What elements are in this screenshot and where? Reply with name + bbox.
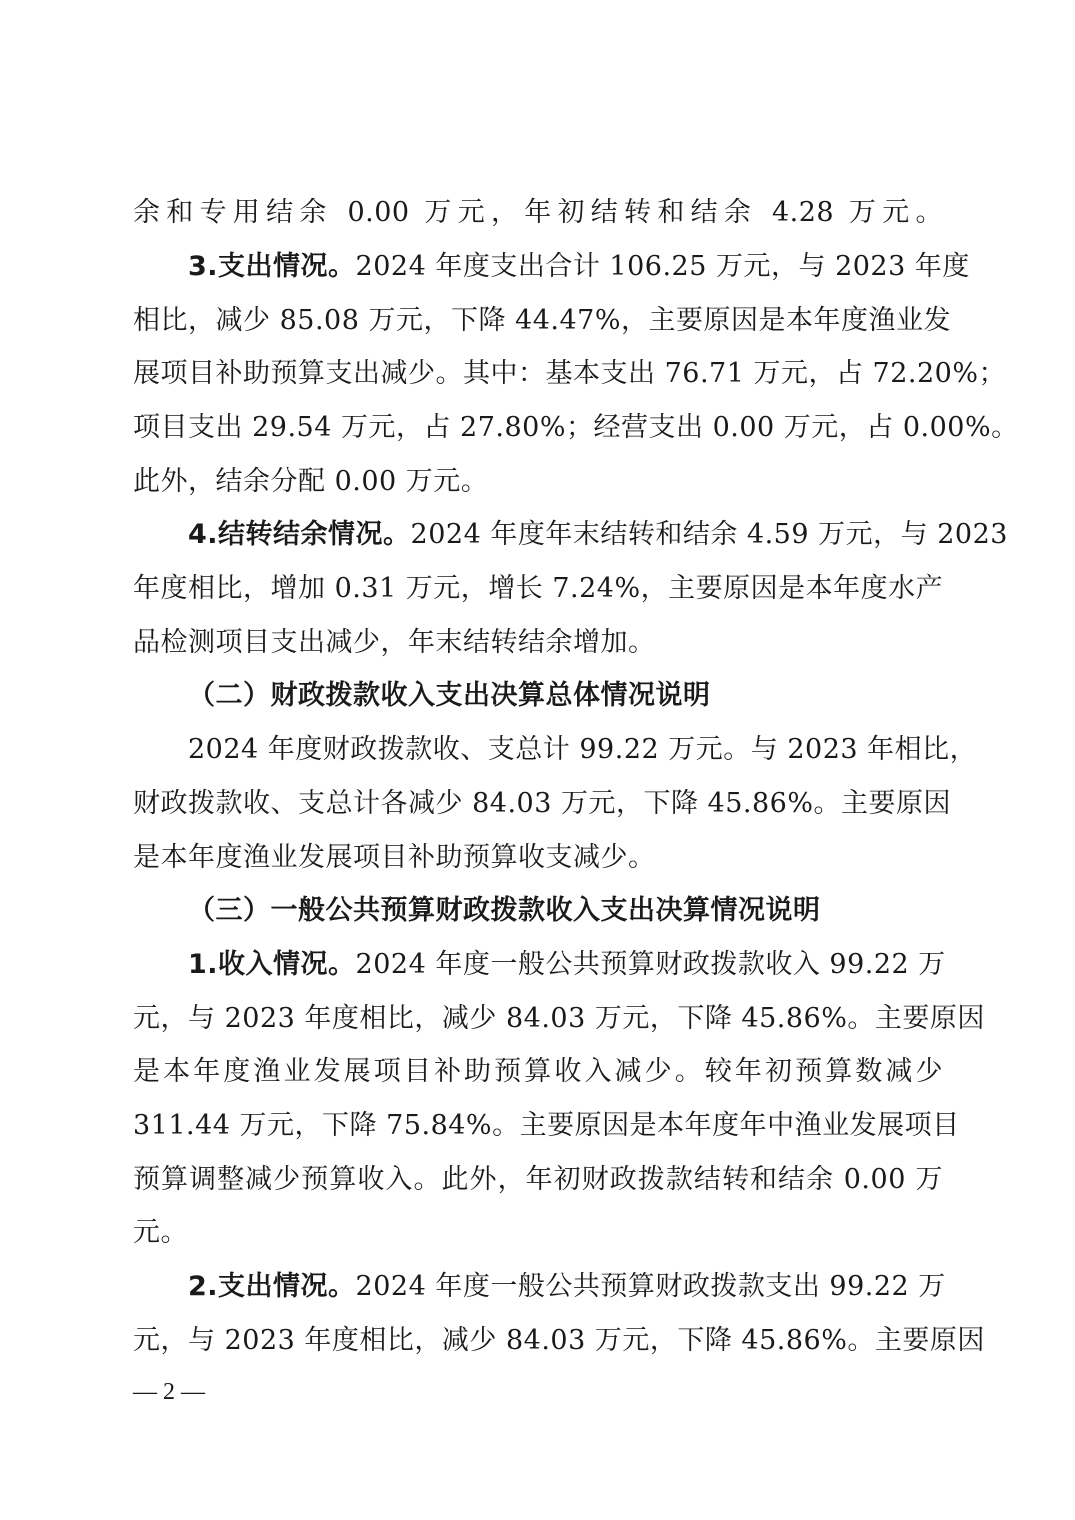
document-page: 余和专用结余 0.00 万元，年初结转和结余 4.28 万元。 3.支出情况。2…	[0, 0, 1075, 1520]
line-text: 品检测项目支出减少，年末结转结余增加。	[133, 627, 656, 658]
paragraph-line: 311.44 万元，下降 75.84%。主要原因是本年度年中渔业发展项目	[133, 1106, 943, 1146]
paragraph-line: 此外，结余分配 0.00 万元。	[133, 462, 943, 502]
line-text: 预算调整减少预算收入。此外，年初财政拨款结转和结余 0.00 万	[133, 1164, 943, 1195]
paragraph-line: 元，与 2023 年度相比，减少 84.03 万元，下降 45.86%。主要原因	[133, 1321, 943, 1361]
section-heading-general-budget: （三）一般公共预算财政拨款收入支出决算情况说明	[188, 891, 998, 931]
section-heading-fiscal-overview: （二）财政拨款收入支出决算总体情况说明	[188, 676, 998, 716]
line-text: 是本年度渔业发展项目补助预算收支减少。	[133, 842, 656, 873]
paragraph-line: 项目支出 29.54 万元，占 27.80%；经营支出 0.00 万元，占 0.…	[133, 408, 943, 448]
paragraph-line: 1.收入情况。2024 年度一般公共预算财政拨款收入 99.22 万	[188, 945, 943, 985]
paragraph-line: 财政拨款收、支总计各减少 84.03 万元，下降 45.86%。主要原因	[133, 784, 943, 824]
paragraph-line: 余和专用结余 0.00 万元，年初结转和结余 4.28 万元。	[133, 193, 943, 233]
paragraph-line: 是本年度渔业发展项目补助预算收支减少。	[133, 838, 943, 878]
section-lead-general-expenditure: 2.支出情况。	[188, 1271, 356, 1302]
line-text: 财政拨款收、支总计各减少 84.03 万元，下降 45.86%。主要原因	[133, 788, 951, 819]
line-text: 展项目补助预算支出减少。其中：基本支出 76.71 万元，占 72.20%；	[133, 358, 1006, 389]
line-text: 2024 年度财政拨款收、支总计 99.22 万元。与 2023 年相比，	[188, 734, 977, 765]
paragraph-line: 预算调整减少预算收入。此外，年初财政拨款结转和结余 0.00 万	[133, 1160, 943, 1200]
line-text: 2024 年度支出合计 106.25 万元，与 2023 年度	[356, 251, 970, 282]
line-text: 是本年度渔业发展项目补助预算收入减少。较年初预算数减少	[133, 1056, 943, 1087]
paragraph-line: 是本年度渔业发展项目补助预算收入减少。较年初预算数减少	[133, 1052, 943, 1092]
paragraph-line: 展项目补助预算支出减少。其中：基本支出 76.71 万元，占 72.20%；	[133, 354, 943, 394]
paragraph-line: 2024 年度财政拨款收、支总计 99.22 万元。与 2023 年相比，	[188, 730, 943, 770]
section-lead-expenditure: 3.支出情况。	[188, 251, 356, 282]
paragraph-line: 2.支出情况。2024 年度一般公共预算财政拨款支出 99.22 万	[188, 1267, 943, 1307]
line-text: 此外，结余分配 0.00 万元。	[133, 466, 488, 497]
paragraph-line: 相比，减少 85.08 万元，下降 44.47%，主要原因是本年度渔业发	[133, 301, 943, 341]
section-lead-income: 1.收入情况。	[188, 949, 356, 980]
line-text: 余和专用结余 0.00 万元，年初结转和结余 4.28 万元。	[133, 197, 943, 228]
paragraph-line: 年度相比，增加 0.31 万元，增长 7.24%，主要原因是本年度水产	[133, 569, 943, 609]
line-text: 相比，减少 85.08 万元，下降 44.47%，主要原因是本年度渔业发	[133, 305, 951, 336]
line-text: 元，与 2023 年度相比，减少 84.03 万元，下降 45.86%。主要原因	[133, 1003, 985, 1034]
line-text: 元，与 2023 年度相比，减少 84.03 万元，下降 45.86%。主要原因	[133, 1325, 985, 1356]
section-lead-carryover: 4.结转结余情况。	[188, 519, 411, 550]
line-text: 311.44 万元，下降 75.84%。主要原因是本年度年中渔业发展项目	[133, 1110, 960, 1141]
line-text: 2024 年度一般公共预算财政拨款收入 99.22 万	[356, 949, 946, 980]
line-text: 项目支出 29.54 万元，占 27.80%；经营支出 0.00 万元，占 0.…	[133, 412, 1019, 443]
page-number: — 2 —	[133, 1376, 205, 1408]
paragraph-line: 元。	[133, 1213, 943, 1253]
paragraph-line: 品检测项目支出减少，年末结转结余增加。	[133, 623, 943, 663]
line-text: 年度相比，增加 0.31 万元，增长 7.24%，主要原因是本年度水产	[133, 573, 943, 604]
paragraph-line: 4.结转结余情况。2024 年度年末结转和结余 4.59 万元，与 2023	[188, 515, 943, 555]
paragraph-line: 元，与 2023 年度相比，减少 84.03 万元，下降 45.86%。主要原因	[133, 999, 943, 1039]
paragraph-line: 3.支出情况。2024 年度支出合计 106.25 万元，与 2023 年度	[188, 247, 943, 287]
line-text: 2024 年度一般公共预算财政拨款支出 99.22 万	[356, 1271, 946, 1302]
line-text: 2024 年度年末结转和结余 4.59 万元，与 2023	[411, 519, 1008, 550]
line-text: 元。	[133, 1217, 188, 1248]
